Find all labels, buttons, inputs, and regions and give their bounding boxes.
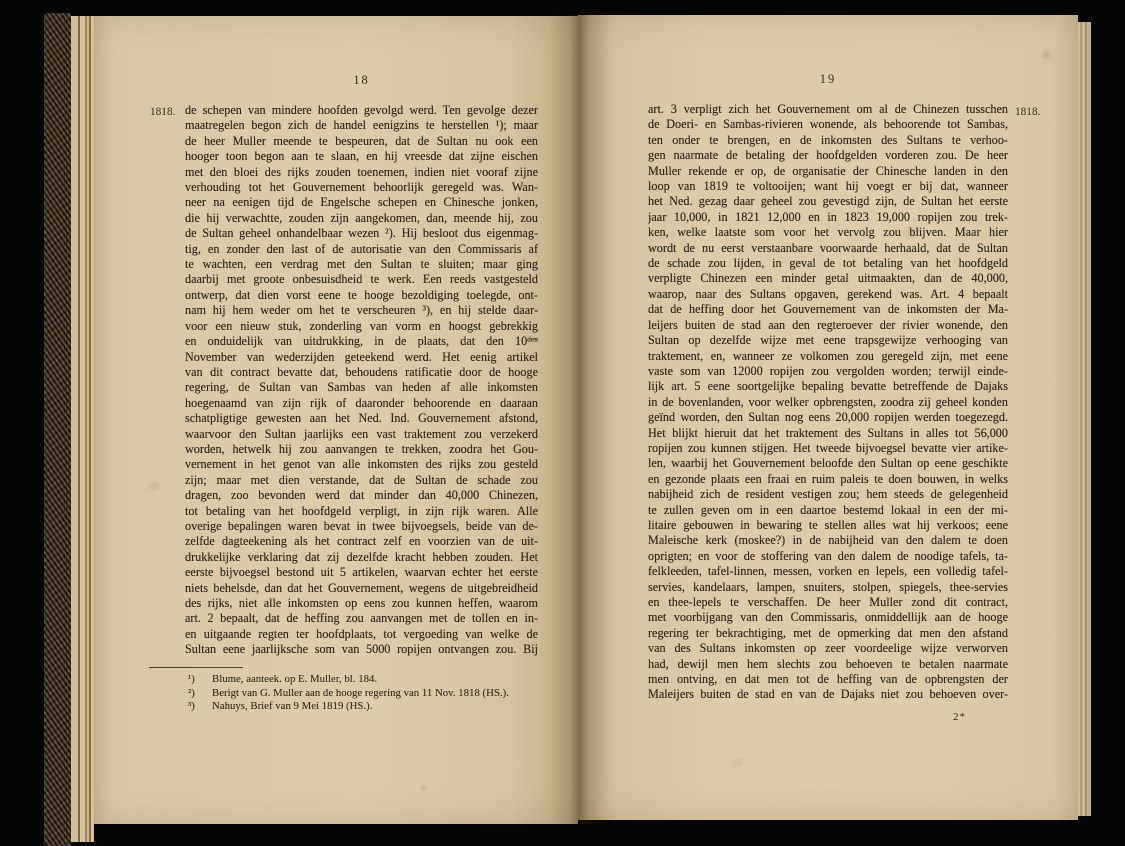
text-line: dat de heffing door het Gouvernement van… [648, 302, 1008, 317]
text-line: neer na eenigen tijd de Engelsche schepe… [185, 195, 538, 210]
footnote-marker: ¹) [188, 673, 212, 687]
text-line: regering, de Sultan van Sambas van heden… [185, 380, 538, 395]
text-line: oprigten; en voor de stoffering van den … [648, 549, 1008, 564]
text-line: dragen, zoo bevonden werd dat minder dan… [185, 488, 538, 503]
text-line: traktement, en, wanneer ze volkomen zou … [648, 349, 1008, 364]
text-line: jaar 10,000, in 1821 12,000 en in 1823 1… [648, 210, 1008, 225]
text-line: leijers buiten de stad aan den regteroev… [648, 318, 1008, 333]
text-line: lijk art. 5 eene soortgelijke bepaling b… [648, 379, 1008, 394]
text-line: met den bloei des rijks zouden toenemen,… [185, 165, 538, 180]
text-line: de heer Muller meende te bespeuren, dat … [185, 134, 538, 149]
text-line: Sultan op dezelfde wijze met eene trapsg… [648, 333, 1008, 348]
footnote: ¹)Blume, aanteek. op E. Muller, bl. 184. [188, 673, 540, 687]
text-line: en thee-lepels te verschaffen. De heer M… [648, 595, 1008, 610]
body-text: de schepen van mindere hoofden gevolgd w… [185, 103, 538, 658]
text-line: met voorbijgang van den Commissaris, onm… [648, 610, 1008, 625]
text-line: ken, welke laatste som voor het vervolg … [648, 225, 1008, 240]
page-18: 18 1818. de schepen van mindere hoofden … [94, 16, 578, 824]
text-line: maatregelen begon zich de handel eenigzi… [185, 118, 538, 133]
text-line: te zullen geven om in een daartoe bestem… [648, 503, 1008, 518]
text-line: schatpligtige gewesten aan het Ned. Ind.… [185, 411, 538, 426]
page-number: 19 [648, 72, 1008, 87]
text-line: Maleijers buiten de stad en van de Dajak… [648, 687, 1008, 702]
text-line: art. 2 bepaalt, dat de heffing zou aanva… [185, 611, 538, 626]
footnote: ³)Nahuys, Brief van 9 Mei 1819 (HS.). [188, 700, 540, 714]
text-line: nabijheid zich de resident vestigen zou;… [648, 487, 1008, 502]
footnote-text: Blume, aanteek. op E. Muller, bl. 184. [212, 673, 377, 685]
text-line: het Ned. gezag daar geheel zou gevestigd… [648, 194, 1008, 209]
text-line: Maleische kerk (moskee?) in de nabijheid… [648, 533, 1008, 548]
text-line: tot betaling van het hoofdgeld verpligt,… [185, 504, 538, 519]
footnote-rule [149, 667, 243, 668]
footnote: ²)Berigt van G. Muller aan de hooge rege… [188, 687, 540, 701]
text-line: de Doeri- en Sambas-rivieren wonende, al… [648, 117, 1008, 132]
text-line: eerste bijvoegsel bestond uit 5 artikele… [185, 565, 538, 580]
text-line: servies, kandelaars, lampen, snuiters, s… [648, 580, 1008, 595]
text-line: hoegenaamd van zijn rijk of daaronder be… [185, 396, 538, 411]
text-line: November van wederzijden geteekend werd.… [185, 350, 538, 365]
text-line: felkleeden, tafel-linnen, messen, vorken… [648, 564, 1008, 579]
page-edges-right [1076, 22, 1091, 816]
text-line: art. 3 verpligt zich het Gouvernement om… [648, 102, 1008, 117]
text-line: daarbij met groote onbesuisdheid te werk… [185, 272, 538, 287]
text-line: Muller rekende er op, de organisatie der… [648, 164, 1008, 179]
text-line: en uitgaande regten ter hoofdplaats, tot… [185, 627, 538, 642]
text-line: men ontving, en dat men tot de heffing v… [648, 672, 1008, 687]
text-line: en gezonde plaats een fraai en ruim pale… [648, 472, 1008, 487]
text-line: in de bovenlanden, voor welker opbrengst… [648, 395, 1008, 410]
text-line: vaste som van 12000 ropijen zou vergolde… [648, 364, 1008, 379]
signature-mark: 2* [953, 711, 966, 723]
page-19: 19 1818. art. 3 verpligt zich het Gouver… [578, 15, 1078, 820]
text-line: van des Sultans inkomsten op zeer voorde… [648, 641, 1008, 656]
text-line: Het blijkt hieruit dat het traktement de… [648, 426, 1008, 441]
text-line: des rijks, niet alle inkomsten op eens z… [185, 596, 538, 611]
page-number: 18 [185, 73, 538, 88]
text-line: waarvoor den Sultan jaarlijks een vast t… [185, 427, 538, 442]
text-line: had, dewijl men hem slechts zou behoeven… [648, 657, 1008, 672]
text-line: gen naarmate de betaling der hoofdgelden… [648, 148, 1008, 163]
text-line: len, waarbij het Gouvernement beloofde d… [648, 456, 1008, 471]
text-line: worden, hetwelk hij zou aanvangen te tre… [185, 442, 538, 457]
text-line: de schade zou lijden, in geval de tot be… [648, 256, 1008, 271]
text-line: voor een nieuw stuk, zonderling van vorm… [185, 319, 538, 334]
book-spread: 18 1818. de schepen van mindere hoofden … [0, 0, 1125, 846]
text-line: verpligte Chinezen een minder getal uitm… [648, 271, 1008, 286]
text-line: Sultan eene jaarlijksche som van 5000 ro… [185, 642, 538, 657]
text-line: niets behelsde, dan dat het Gouvernement… [185, 581, 538, 596]
text-line: ontwerp, dat dien vorst eene te hooge be… [185, 288, 538, 303]
body-text: art. 3 verpligt zich het Gouvernement om… [648, 102, 1008, 703]
footnote-text: Nahuys, Brief van 9 Mei 1819 (HS.). [212, 700, 372, 712]
text-line: nam hij hem weder om het te verscheuren … [185, 303, 538, 318]
text-line: verhouding tot het Gouvernement behoorli… [185, 180, 538, 195]
book-cover-spine [44, 13, 71, 846]
text-line: te wachten, een verdrag met den Sultan t… [185, 257, 538, 272]
text-line: vernement in het genot van alle inkomste… [185, 457, 538, 472]
margin-year-note: 1818. [150, 106, 175, 118]
page-edges-left [71, 16, 94, 842]
text-line: overige bepalingen waren bevat in twee b… [185, 519, 538, 534]
footnote-marker: ³) [188, 700, 212, 714]
text-line: de Sultan geheel onhandelbaar wezen ²). … [185, 226, 538, 241]
text-line: en onduidelijk van uitdrukking, in de pl… [185, 334, 538, 349]
text-line: ten onder te brengen, en de inkomsten de… [648, 133, 1008, 148]
text-line: ropijen zou kunnen stijgen. Het tweede b… [648, 441, 1008, 456]
margin-year-note: 1818. [1015, 106, 1040, 118]
text-line: waarop, naar des Sultans opgaven, gereke… [648, 287, 1008, 302]
footnote-text: Berigt van G. Muller aan de hooge regeri… [212, 687, 509, 699]
text-line: loop van 1819 te voltooijen; want hij vo… [648, 179, 1008, 194]
text-line: regering ter bekrachtiging, met de opmer… [648, 626, 1008, 641]
text-line: litaire gebouwen in bewaring te stellen … [648, 518, 1008, 533]
text-line: geïnd worden, den Sultan nog eens 20,000… [648, 410, 1008, 425]
text-line: wordt de nu eerst verstaanbare voorwaard… [648, 241, 1008, 256]
text-line: zelfde dagteekening als het contract zel… [185, 534, 538, 549]
text-line: drukkelijke verklaring dat zij dezelfde … [185, 550, 538, 565]
footnotes: ¹)Blume, aanteek. op E. Muller, bl. 184.… [188, 673, 540, 714]
text-line: hooger toon begon aan te slaan, en hij v… [185, 149, 538, 164]
text-line: die hij verwachtte, zouden zijn aangekom… [185, 211, 538, 226]
text-line: zijn; maar met dien verstande, dat de Su… [185, 473, 538, 488]
text-line: tig, en zonder den last of de autorisati… [185, 242, 538, 257]
text-line: van dit contract bevatte dat, behoudens … [185, 365, 538, 380]
text-line: de schepen van mindere hoofden gevolgd w… [185, 103, 538, 118]
footnote-marker: ²) [188, 687, 212, 701]
